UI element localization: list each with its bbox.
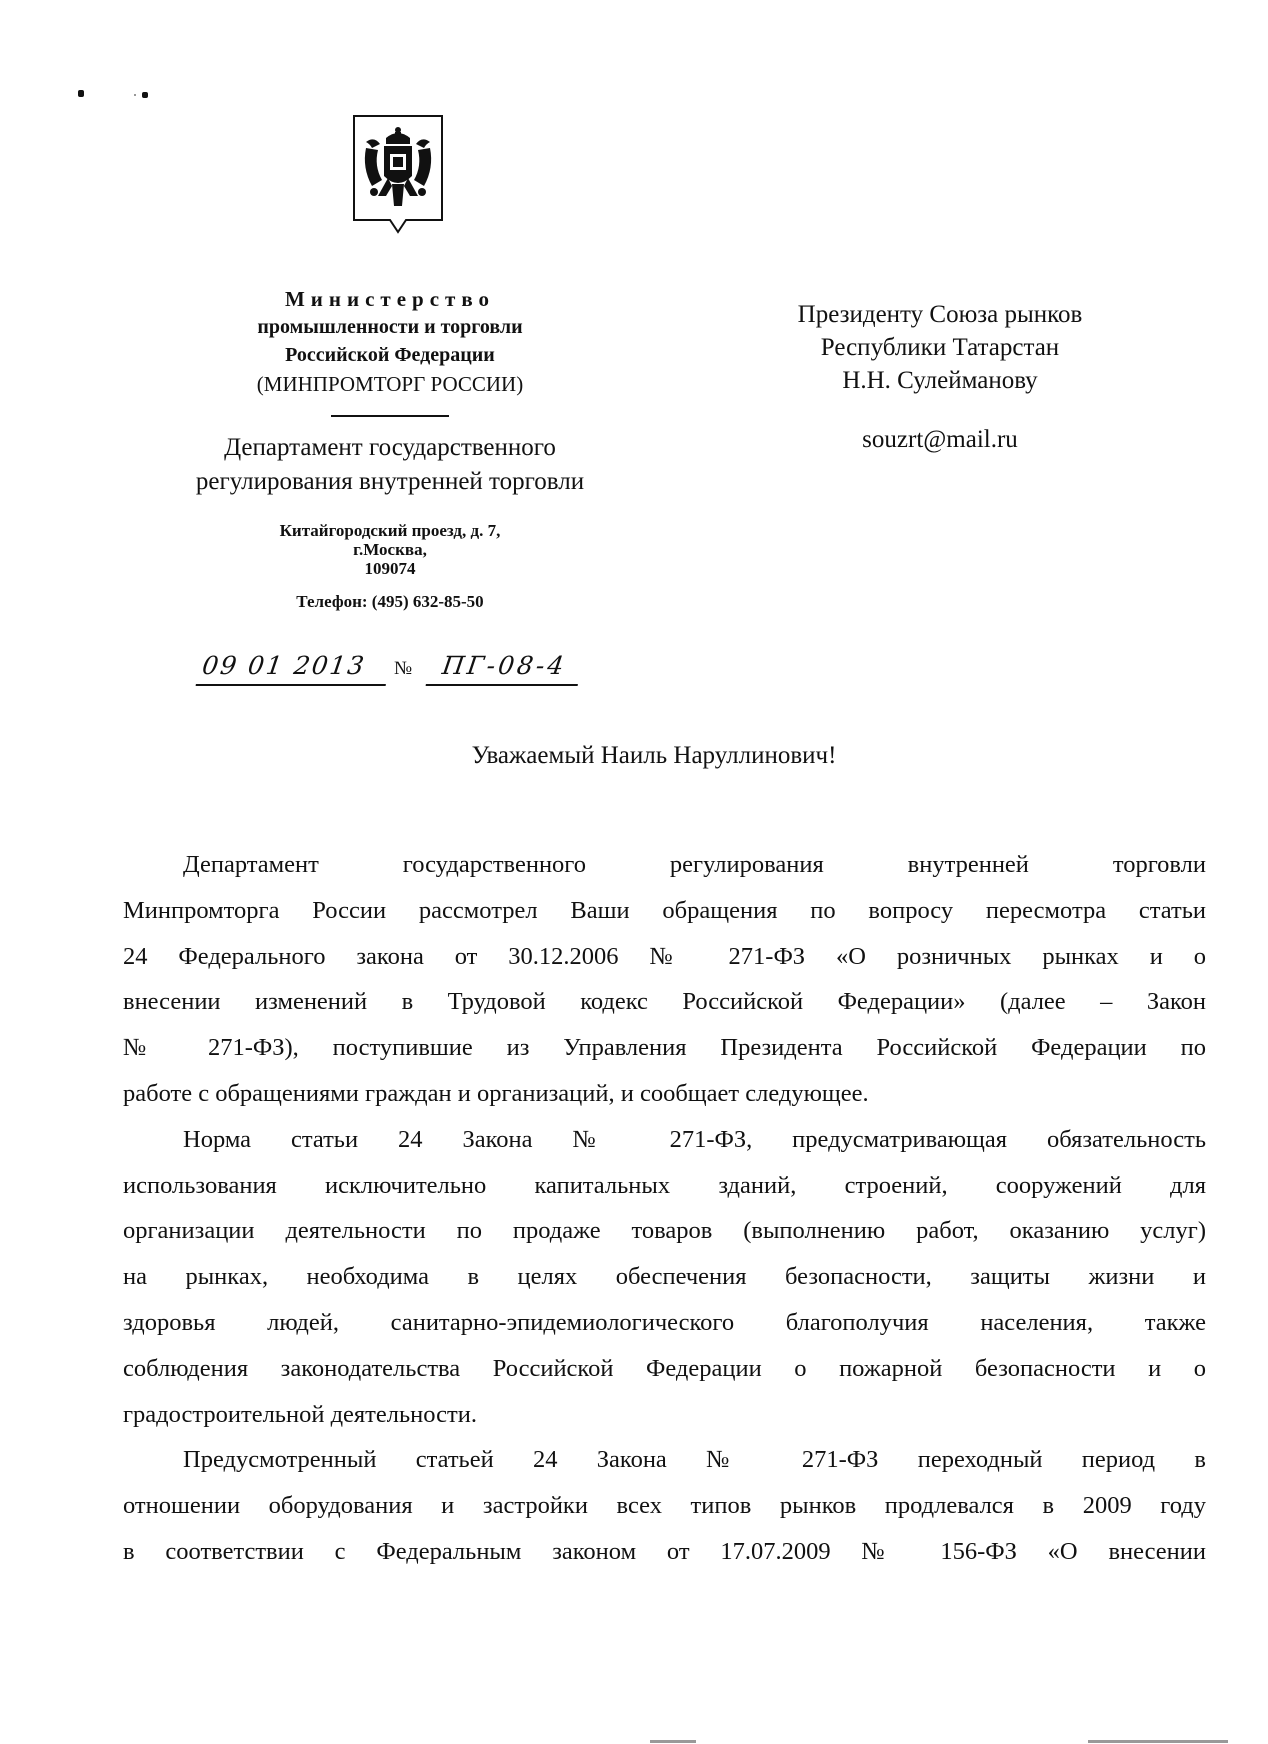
coat-of-arms-icon (352, 114, 444, 242)
address-line-3: 109074 (130, 559, 650, 578)
reference-line: 09 01 2013 № ПГ-08-4 (196, 652, 596, 692)
paragraph-1: Департамент государственного регулирован… (123, 842, 1206, 1117)
ministry-title: Министерство (130, 285, 650, 313)
paragraph-line: 24 Федерального закона от 30.12.2006 № 2… (123, 934, 1206, 980)
address: Китайгородский проезд, д. 7, г.Москва, 1… (130, 521, 650, 578)
paragraph-line: организации деятельности по продаже това… (123, 1208, 1206, 1254)
paragraph-line: Предусмотренный статьей 24 Закона № 271-… (123, 1437, 1206, 1483)
paragraph-3: Предусмотренный статьей 24 Закона № 271-… (123, 1437, 1206, 1574)
paragraph-line: здоровья людей, санитарно-эпидемиологиче… (123, 1300, 1206, 1346)
paragraph-line: в соответствии с Федеральным законом от … (123, 1529, 1206, 1575)
addressee-line-3: Н.Н. Сулейманову (720, 364, 1160, 397)
scan-mark (1088, 1740, 1228, 1743)
paragraph-line: использования исключительно капитальных … (123, 1163, 1206, 1209)
handwritten-date: 09 01 2013 (196, 652, 391, 686)
salutation: Уважаемый Наиль Наруллинович! (0, 742, 1268, 770)
addressee-line-1: Президенту Союза рынков (720, 298, 1160, 331)
paragraph-line: работе с обращениями граждан и организац… (123, 1071, 1206, 1117)
addressee-email: souzrt@mail.ru (720, 423, 1160, 456)
divider (331, 415, 449, 417)
department-line-2: регулирования внутренней торговли (130, 465, 650, 499)
paragraph-line: внесении изменений в Трудовой кодекс Рос… (123, 979, 1206, 1025)
phone: Телефон: (495) 632-85-50 (130, 592, 650, 612)
paragraph-line: Норма статьи 24 Закона № 271-ФЗ, предусм… (123, 1117, 1206, 1163)
letterhead: Министерство промышленности и торговли Р… (130, 285, 650, 612)
paragraph-line: № 271-ФЗ), поступившие из Управления Пре… (123, 1025, 1206, 1071)
department-line-1: Департамент государственного (130, 431, 650, 465)
paragraph-line: Департамент государственного регулирован… (123, 842, 1206, 888)
number-sign: № (394, 658, 412, 680)
letter-body: Департамент государственного регулирован… (123, 842, 1206, 1575)
ministry-line-1: промышленности и торговли (130, 313, 650, 341)
scan-mark (650, 1740, 696, 1743)
paragraph-line: Минпромторга России рассмотрел Ваши обра… (123, 888, 1206, 934)
ministry-abbreviation: (МИНПРОМТОРГ РОССИИ) (130, 369, 650, 399)
paragraph-line: на рынках, необходима в целях обеспечени… (123, 1254, 1206, 1300)
paragraph-line: отношении оборудования и застройки всех … (123, 1483, 1206, 1529)
address-line-1: Китайгородский проезд, д. 7, (130, 521, 650, 540)
paragraph-line: градостроительной деятельности. (123, 1392, 1206, 1438)
paragraph-2: Норма статьи 24 Закона № 271-ФЗ, предусм… (123, 1117, 1206, 1438)
addressee-block: Президенту Союза рынков Республики Татар… (720, 298, 1160, 456)
handwritten-reference-number: ПГ-08-4 (426, 652, 583, 686)
ministry-line-2: Российской Федерации (130, 341, 650, 369)
addressee-line-2: Республики Татарстан (720, 331, 1160, 364)
paragraph-line: соблюдения законодательства Российской Ф… (123, 1346, 1206, 1392)
scan-specks (78, 88, 168, 102)
address-line-2: г.Москва, (130, 540, 650, 559)
